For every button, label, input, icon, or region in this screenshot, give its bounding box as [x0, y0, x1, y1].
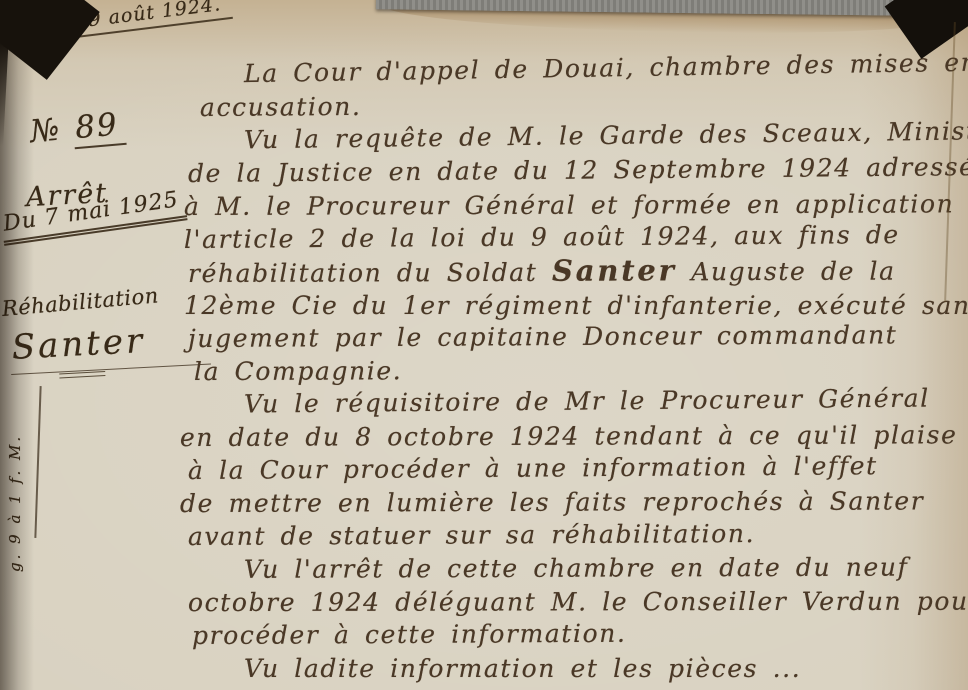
santer-line-post: Auguste de la: [677, 257, 896, 287]
decision-body-text: La Cour d'appel de Douai, chambre des mi…: [188, 58, 966, 685]
handwritten-line: 12ème Cie du 1er régiment d'infanterie, …: [184, 289, 966, 322]
party-name-label: Santer: [9, 318, 211, 375]
handwritten-line: octobre 1924 déléguant M. le Conseiller …: [188, 585, 966, 619]
handwritten-line: de mettre en lumière les faits reprochés…: [180, 484, 966, 520]
handwritten-line: l'article 2 de la loi du 9 août 1924, au…: [184, 218, 966, 256]
handwritten-line: Vu l'arrêt de cette chambre en date du n…: [188, 550, 966, 586]
register-photo: Loi du 9 août 1924. № 89 Arrêt Du 7 mai …: [0, 0, 968, 690]
register-page: Loi du 9 août 1924. № 89 Arrêt Du 7 mai …: [0, 0, 968, 690]
handwritten-line: La Cour d'appel de Douai, chambre des mi…: [188, 46, 966, 91]
handwritten-line: à la Cour procéder à une information à l…: [188, 449, 966, 487]
santer-line-pre: réhabilitation du Soldat: [188, 258, 552, 288]
case-number: № 89: [29, 106, 126, 150]
handwritten-line: avant de statuer sur sa réhabilitation.: [188, 516, 966, 553]
handwritten-line: Vu le réquisitoire de Mr le Procureur Gé…: [188, 381, 966, 421]
handwritten-line: jugement par le capitaine Donceur comman…: [188, 318, 966, 355]
handwritten-line: de la Justice en date du 12 Septembre 19…: [188, 150, 966, 190]
handwritten-line-partial: Vu ladite information et les pièces ...: [188, 652, 966, 685]
case-number-value: 89: [72, 106, 127, 149]
handwritten-line: procéder à cette information.: [192, 615, 966, 652]
handwritten-line-santer: réhabilitation du Soldat Santer Auguste …: [188, 253, 966, 289]
santer-name: Santer: [552, 253, 677, 287]
spine-note-rule: [34, 386, 41, 538]
